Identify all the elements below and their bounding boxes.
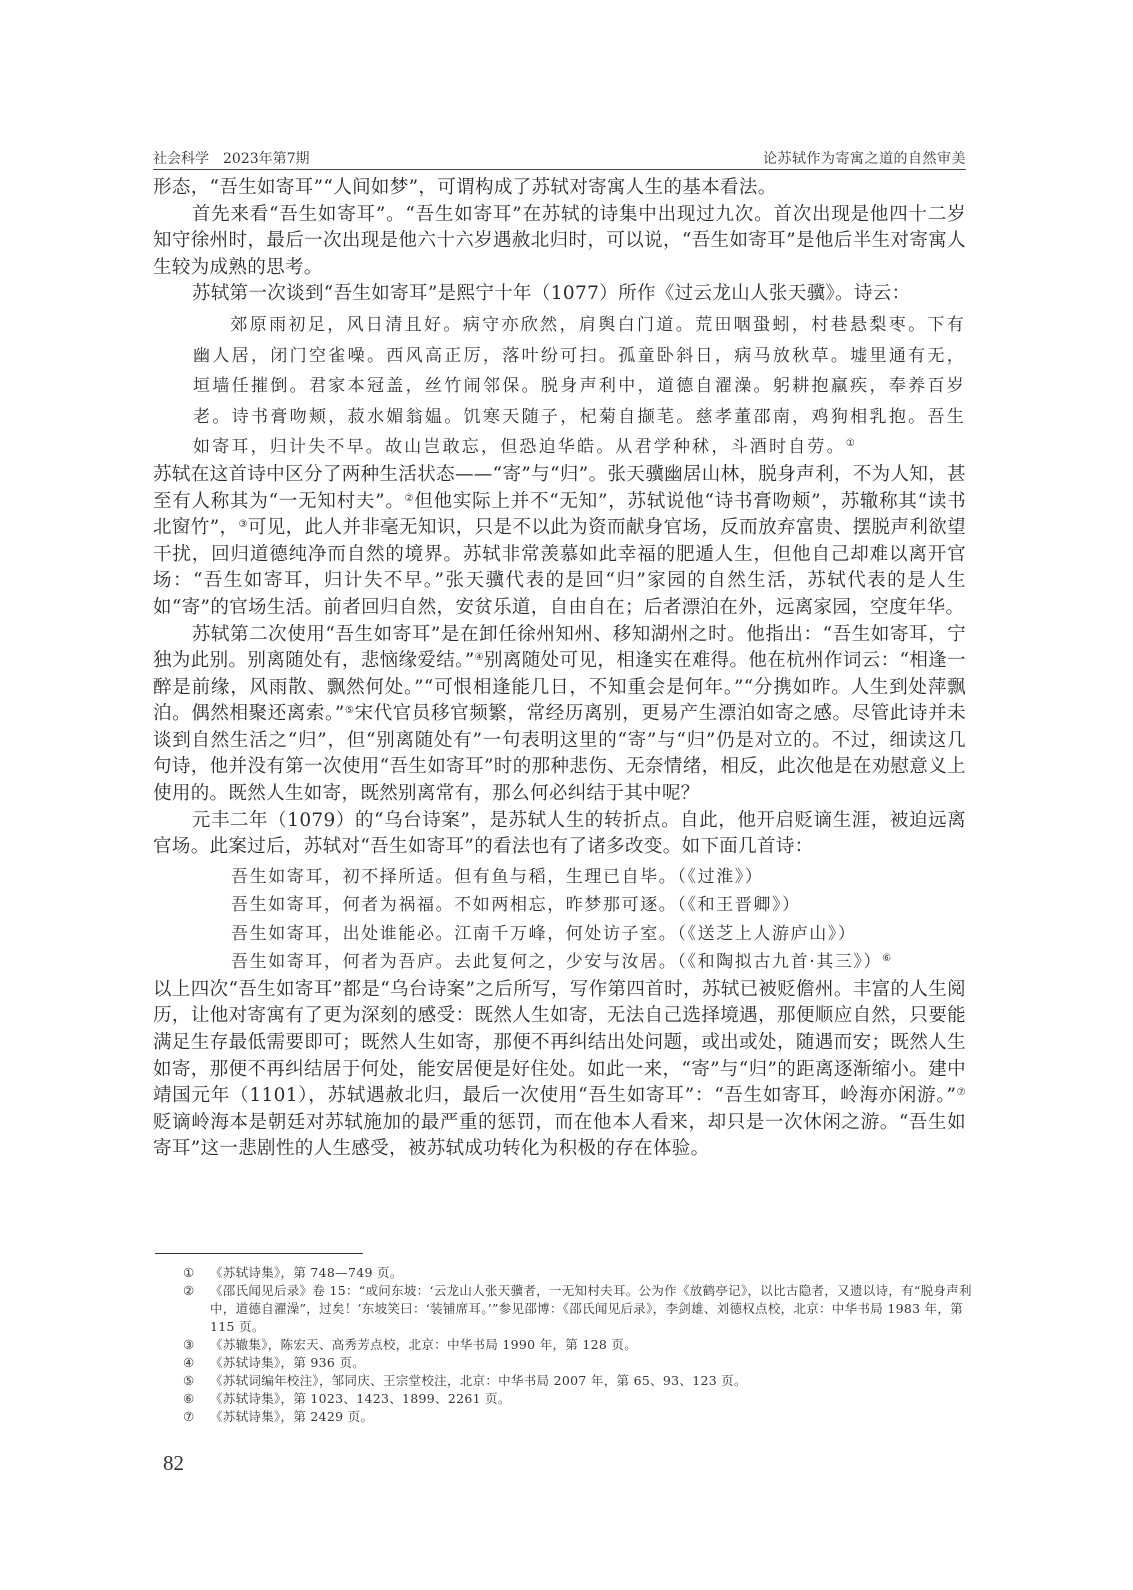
paragraph-7: 以上四次“吾生如寄耳”都是“乌台诗案”之后所写，写作第四首时，苏轼已被贬儋州。丰… — [153, 977, 966, 1163]
poem-quote-group: 吾生如寄耳，初不择所适。但有鱼与稻，生理已自毕。（《过淮》） 吾生如寄耳，何者为… — [153, 863, 966, 977]
footnote-7: ⑦《苏轼诗集》，第 2429 页。 — [183, 1408, 973, 1426]
footnote-number: ⑥ — [183, 1390, 195, 1408]
journal-issue: 社会科学 2023年第7期 — [153, 148, 310, 168]
poem-line-4: 吾生如寄耳，何者为吾庐。去此复何之，少安与汝居。（《和陶拟古九首·其三》）⑥ — [153, 948, 966, 977]
running-head: 社会科学 2023年第7期 论苏轼作为寄寓之道的自然审美 — [153, 148, 966, 168]
footnote-ref-2[interactable]: ② — [405, 493, 415, 504]
footnote-2: ②《邵氏闻见后录》卷 15：“或问东坡：‘云龙山人张天骥者，一无知村夫耳。公为作… — [183, 1282, 973, 1336]
footnote-ref-5[interactable]: ⑤ — [345, 705, 355, 716]
footnote-number: ③ — [183, 1336, 195, 1354]
paragraph-4: 苏轼在这首诗中区分了两种生活状态——“寄”与“归”。张天骥幽居山林，脱身声利，不… — [153, 462, 966, 622]
footnote-ref-1[interactable]: ① — [846, 438, 857, 449]
footnote-6: ⑥《苏轼诗集》，第 1023、1423、1899、2261 页。 — [183, 1390, 973, 1408]
poem-line-3: 吾生如寄耳，出处谁能必。江南千万峰，何处访子室。（《送芝上人游庐山》） — [153, 920, 966, 949]
article-title: 论苏轼作为寄寓之道的自然审美 — [763, 148, 966, 168]
paragraph-1: 形态，“吾生如寄耳”“人间如梦”，可谓构成了苏轼对寄寓人生的基本看法。 — [153, 175, 966, 202]
poem-line-1: 吾生如寄耳，初不择所适。但有鱼与稻，生理已自毕。（《过淮》） — [153, 863, 966, 892]
footnote-ref-7[interactable]: ⑦ — [956, 1087, 966, 1098]
poem-line-2: 吾生如寄耳，何者为祸福。不如两相忘，昨梦那可逐。（《和王晋卿》） — [153, 891, 966, 920]
footnote-number: ② — [183, 1282, 195, 1300]
footnote-ref-6[interactable]: ⑥ — [882, 953, 893, 964]
paragraph-5: 苏轼第二次使用“吾生如寄耳”是在卸任徐州知州、移知湖州之时。他指出：“吾生如寄耳… — [153, 622, 966, 808]
paragraph-2: 首先来看“吾生如寄耳”。“吾生如寄耳”在苏轼的诗集中出现过九次。首次出现是他四十… — [153, 202, 966, 282]
footnote-3: ③《苏辙集》，陈宏天、高秀芳点校，北京：中华书局 1990 年，第 128 页。 — [183, 1336, 973, 1354]
footnote-1: ①《苏轼诗集》，第 748—749 页。 — [183, 1264, 973, 1282]
poem-text: 郊原雨初足，风日清且好。病守亦欣然，肩舆白门道。荒田咽蛩蚓，村巷悬梨枣。下有幽人… — [193, 315, 966, 457]
footnote-number: ① — [183, 1264, 195, 1282]
paragraph-3: 苏轼第一次谈到“吾生如寄耳”是熙宁十年（1077）所作《过云龙山人张天骥》。诗云… — [153, 281, 966, 308]
footnote-number: ④ — [183, 1354, 195, 1372]
journal-page: 社会科学 2023年第7期 论苏轼作为寄寓之道的自然审美 形态，“吾生如寄耳”“… — [0, 0, 1133, 1590]
page-number: 82 — [163, 1451, 184, 1476]
footnote-ref-3[interactable]: ③ — [238, 519, 247, 530]
footnote-ref-4[interactable]: ④ — [475, 652, 484, 663]
poem-quote-1: 郊原雨初足，风日清且好。病守亦欣然，肩舆白门道。荒田咽蛩蚓，村巷悬梨枣。下有幽人… — [153, 310, 966, 463]
footnote-number: ⑤ — [183, 1372, 195, 1390]
footnote-4: ④《苏轼诗集》，第 936 页。 — [183, 1354, 973, 1372]
article-body: 形态，“吾生如寄耳”“人间如梦”，可谓构成了苏轼对寄寓人生的基本看法。 首先来看… — [153, 175, 966, 1163]
footnote-5: ⑤《苏轼词编年校注》，邹同庆、王宗堂校注，北京：中华书局 2007 年，第 65… — [183, 1372, 973, 1390]
paragraph-6: 元丰二年（1079）的“乌台诗案”，是苏轼人生的转折点。自此，他开启贬谪生涯，被… — [153, 808, 966, 861]
header-rule — [153, 169, 966, 170]
footnote-rule — [155, 1253, 363, 1254]
footnotes: ①《苏轼诗集》，第 748—749 页。 ②《邵氏闻见后录》卷 15：“或问东坡… — [183, 1264, 973, 1426]
footnote-number: ⑦ — [183, 1408, 195, 1426]
